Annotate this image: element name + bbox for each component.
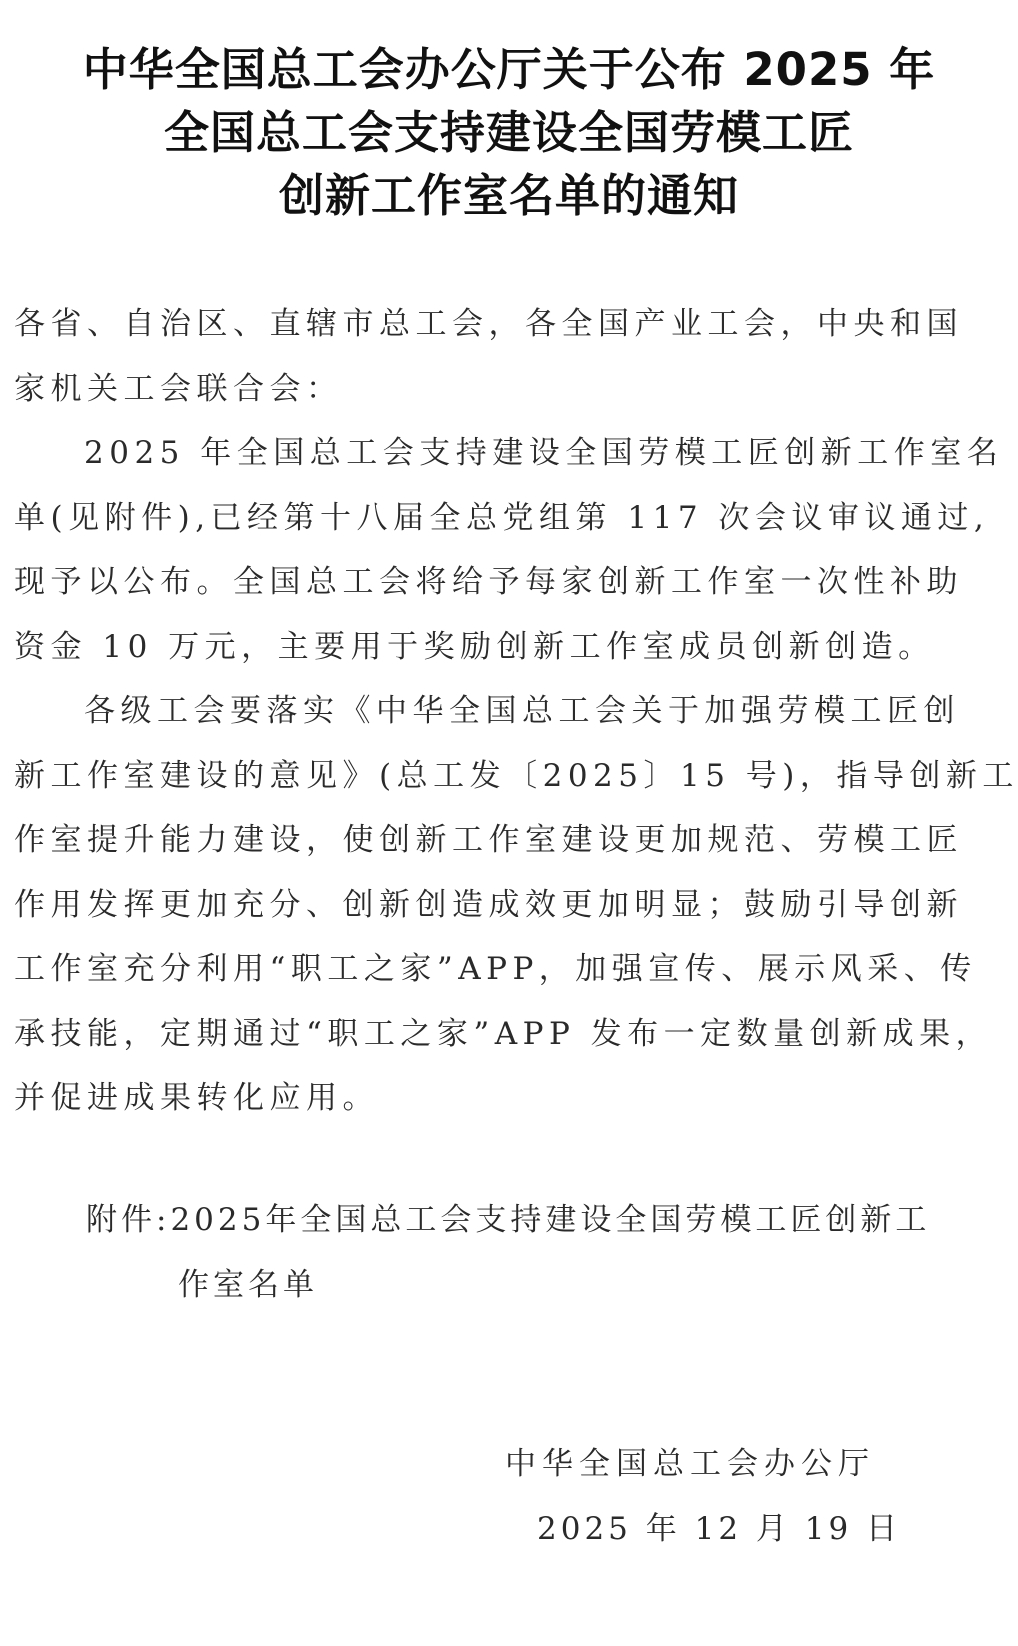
title-line: 全国总工会支持建设全国劳模工匠 — [0, 101, 1018, 164]
paragraph-line: 作室提升能力建设，使创新工作室建设更加规范、劳模工匠 — [14, 808, 1004, 873]
paragraph-line: 并促进成果转化应用。 — [14, 1066, 1004, 1131]
attachment-line: 作室名单 — [86, 1253, 1006, 1318]
paragraph-line: 资金 10 万元，主要用于奖励创新工作室成员创新创造。 — [14, 615, 1004, 680]
paragraph-line: 承技能，定期通过“职工之家”APP 发布一定数量创新成果， — [14, 1002, 1004, 1067]
title-line: 中华全国总工会办公厅关于公布 2025 年 — [0, 38, 1018, 101]
title-line: 创新工作室名单的通知 — [0, 164, 1018, 227]
paragraph-line: 作用发挥更加充分、创新创造成效更加明显；鼓励引导创新 — [14, 873, 1004, 938]
paragraph-requirements: 各级工会要落实《中华全国总工会关于加强劳模工匠创 新工作室建设的意见》(总工发〔… — [14, 679, 1004, 1131]
paragraph-line: 工作室充分利用“职工之家”APP，加强宣传、展示风采、传 — [14, 937, 1004, 1002]
paragraph-line: 各级工会要落实《中华全国总工会关于加强劳模工匠创 — [14, 679, 1004, 744]
paragraph-line: 新工作室建设的意见》(总工发〔2025〕15 号)，指导创新工 — [14, 744, 1004, 809]
paragraph-line: 单(见附件),已经第十八届全总党组第 117 次会议审议通过, — [14, 486, 1004, 551]
document-title: 中华全国总工会办公厅关于公布 2025 年 全国总工会支持建设全国劳模工匠 创新… — [0, 38, 1018, 227]
paragraph-announcement: 2025 年全国总工会支持建设全国劳模工匠创新工作室名 单(见附件),已经第十八… — [14, 421, 1004, 679]
salutation-line: 各省、自治区、直辖市总工会，各全国产业工会，中央和国 — [14, 292, 1004, 357]
attachment-line: 附件:2025年全国总工会支持建设全国劳模工匠创新工 — [86, 1188, 1006, 1253]
issuer-name: 中华全国总工会办公厅 — [505, 1432, 905, 1497]
paragraph-line: 现予以公布。全国总工会将给予每家创新工作室一次性补助 — [14, 550, 1004, 615]
salutation: 各省、自治区、直辖市总工会，各全国产业工会，中央和国 家机关工会联合会： — [14, 292, 1004, 421]
salutation-line: 家机关工会联合会： — [14, 357, 1004, 422]
paragraph-line: 2025 年全国总工会支持建设全国劳模工匠创新工作室名 — [14, 421, 1004, 486]
issue-date: 2025 年 12 月 19 日 — [505, 1497, 905, 1562]
signature-block: 中华全国总工会办公厅 2025 年 12 月 19 日 — [505, 1432, 905, 1561]
attachment-note: 附件:2025年全国总工会支持建设全国劳模工匠创新工 作室名单 — [86, 1188, 1006, 1317]
